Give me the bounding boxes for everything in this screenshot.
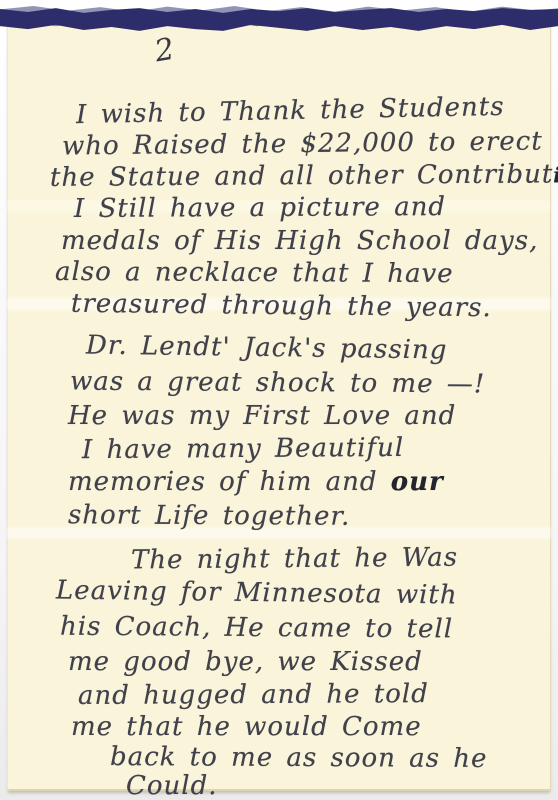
line-text: the Statue and all other Contribut xyxy=(50,159,553,193)
line-text: I have many Beautiful xyxy=(82,433,404,465)
letter-line: He was my First Love and xyxy=(68,399,456,433)
letter-line: memories of him and our xyxy=(68,465,444,499)
letter-line: Leaving for Minnesota with xyxy=(56,574,458,613)
line-text: I wish to Thank the Students xyxy=(76,92,505,130)
letter-line: short Life together. xyxy=(68,498,350,533)
line-text: treasured through the years. xyxy=(71,289,492,323)
scanned-letter-page: 2 I wish to Thank the Students who Raise… xyxy=(0,0,558,800)
line-text: memories of him and xyxy=(68,467,391,497)
letter-line: Could. xyxy=(126,769,218,800)
letter-line: was a great shock to me —! xyxy=(70,365,485,402)
line-text: was a great shock to me —! xyxy=(70,367,485,400)
line-text: short Life together. xyxy=(68,500,350,531)
letter-line: Dr. Lendt' Jack's passing xyxy=(86,328,448,367)
line-text: Could. xyxy=(126,771,218,800)
letter-line: the Statue and all other Contributing xyxy=(50,157,558,195)
letter-line: I Still have a picture and xyxy=(74,190,446,226)
line-text: me that he would Come xyxy=(71,712,422,742)
line-text: I Still have a picture and xyxy=(74,192,446,224)
letter-line: me good bye, we Kissed xyxy=(68,645,423,679)
line-text-heavy: our xyxy=(391,467,444,497)
line-text: also a necklace that I have xyxy=(55,257,454,289)
letter-line: medals of His High School days, xyxy=(61,224,538,258)
line-text: medals of His High School days, xyxy=(61,226,538,256)
letter-line: me that he would Come xyxy=(71,710,422,744)
line-text: The night that he Was xyxy=(131,543,458,576)
line-text: his Coach, He came to tell xyxy=(60,612,453,645)
letter-line: his Coach, He came to tell xyxy=(60,610,453,647)
line-text: who Raised the $22,000 to erect xyxy=(62,126,543,161)
letter-line: treasured through the years. xyxy=(71,287,492,325)
line-text: me good bye, we Kissed xyxy=(68,647,423,677)
line-text: He was my First Love and xyxy=(68,401,456,431)
line-text-heavy: ing xyxy=(553,162,558,187)
letter-line: also a necklace that I have xyxy=(55,255,454,291)
line-text: Dr. Lendt' Jack's passing xyxy=(86,330,448,365)
letter-line: and hugged and he told xyxy=(78,677,429,713)
line-text: and hugged and he told xyxy=(78,679,429,711)
letter-line: I have many Beautiful xyxy=(82,431,404,467)
letter-line: The night that he Was xyxy=(131,541,458,578)
line-text: Leaving for Minnesota with xyxy=(56,576,458,611)
